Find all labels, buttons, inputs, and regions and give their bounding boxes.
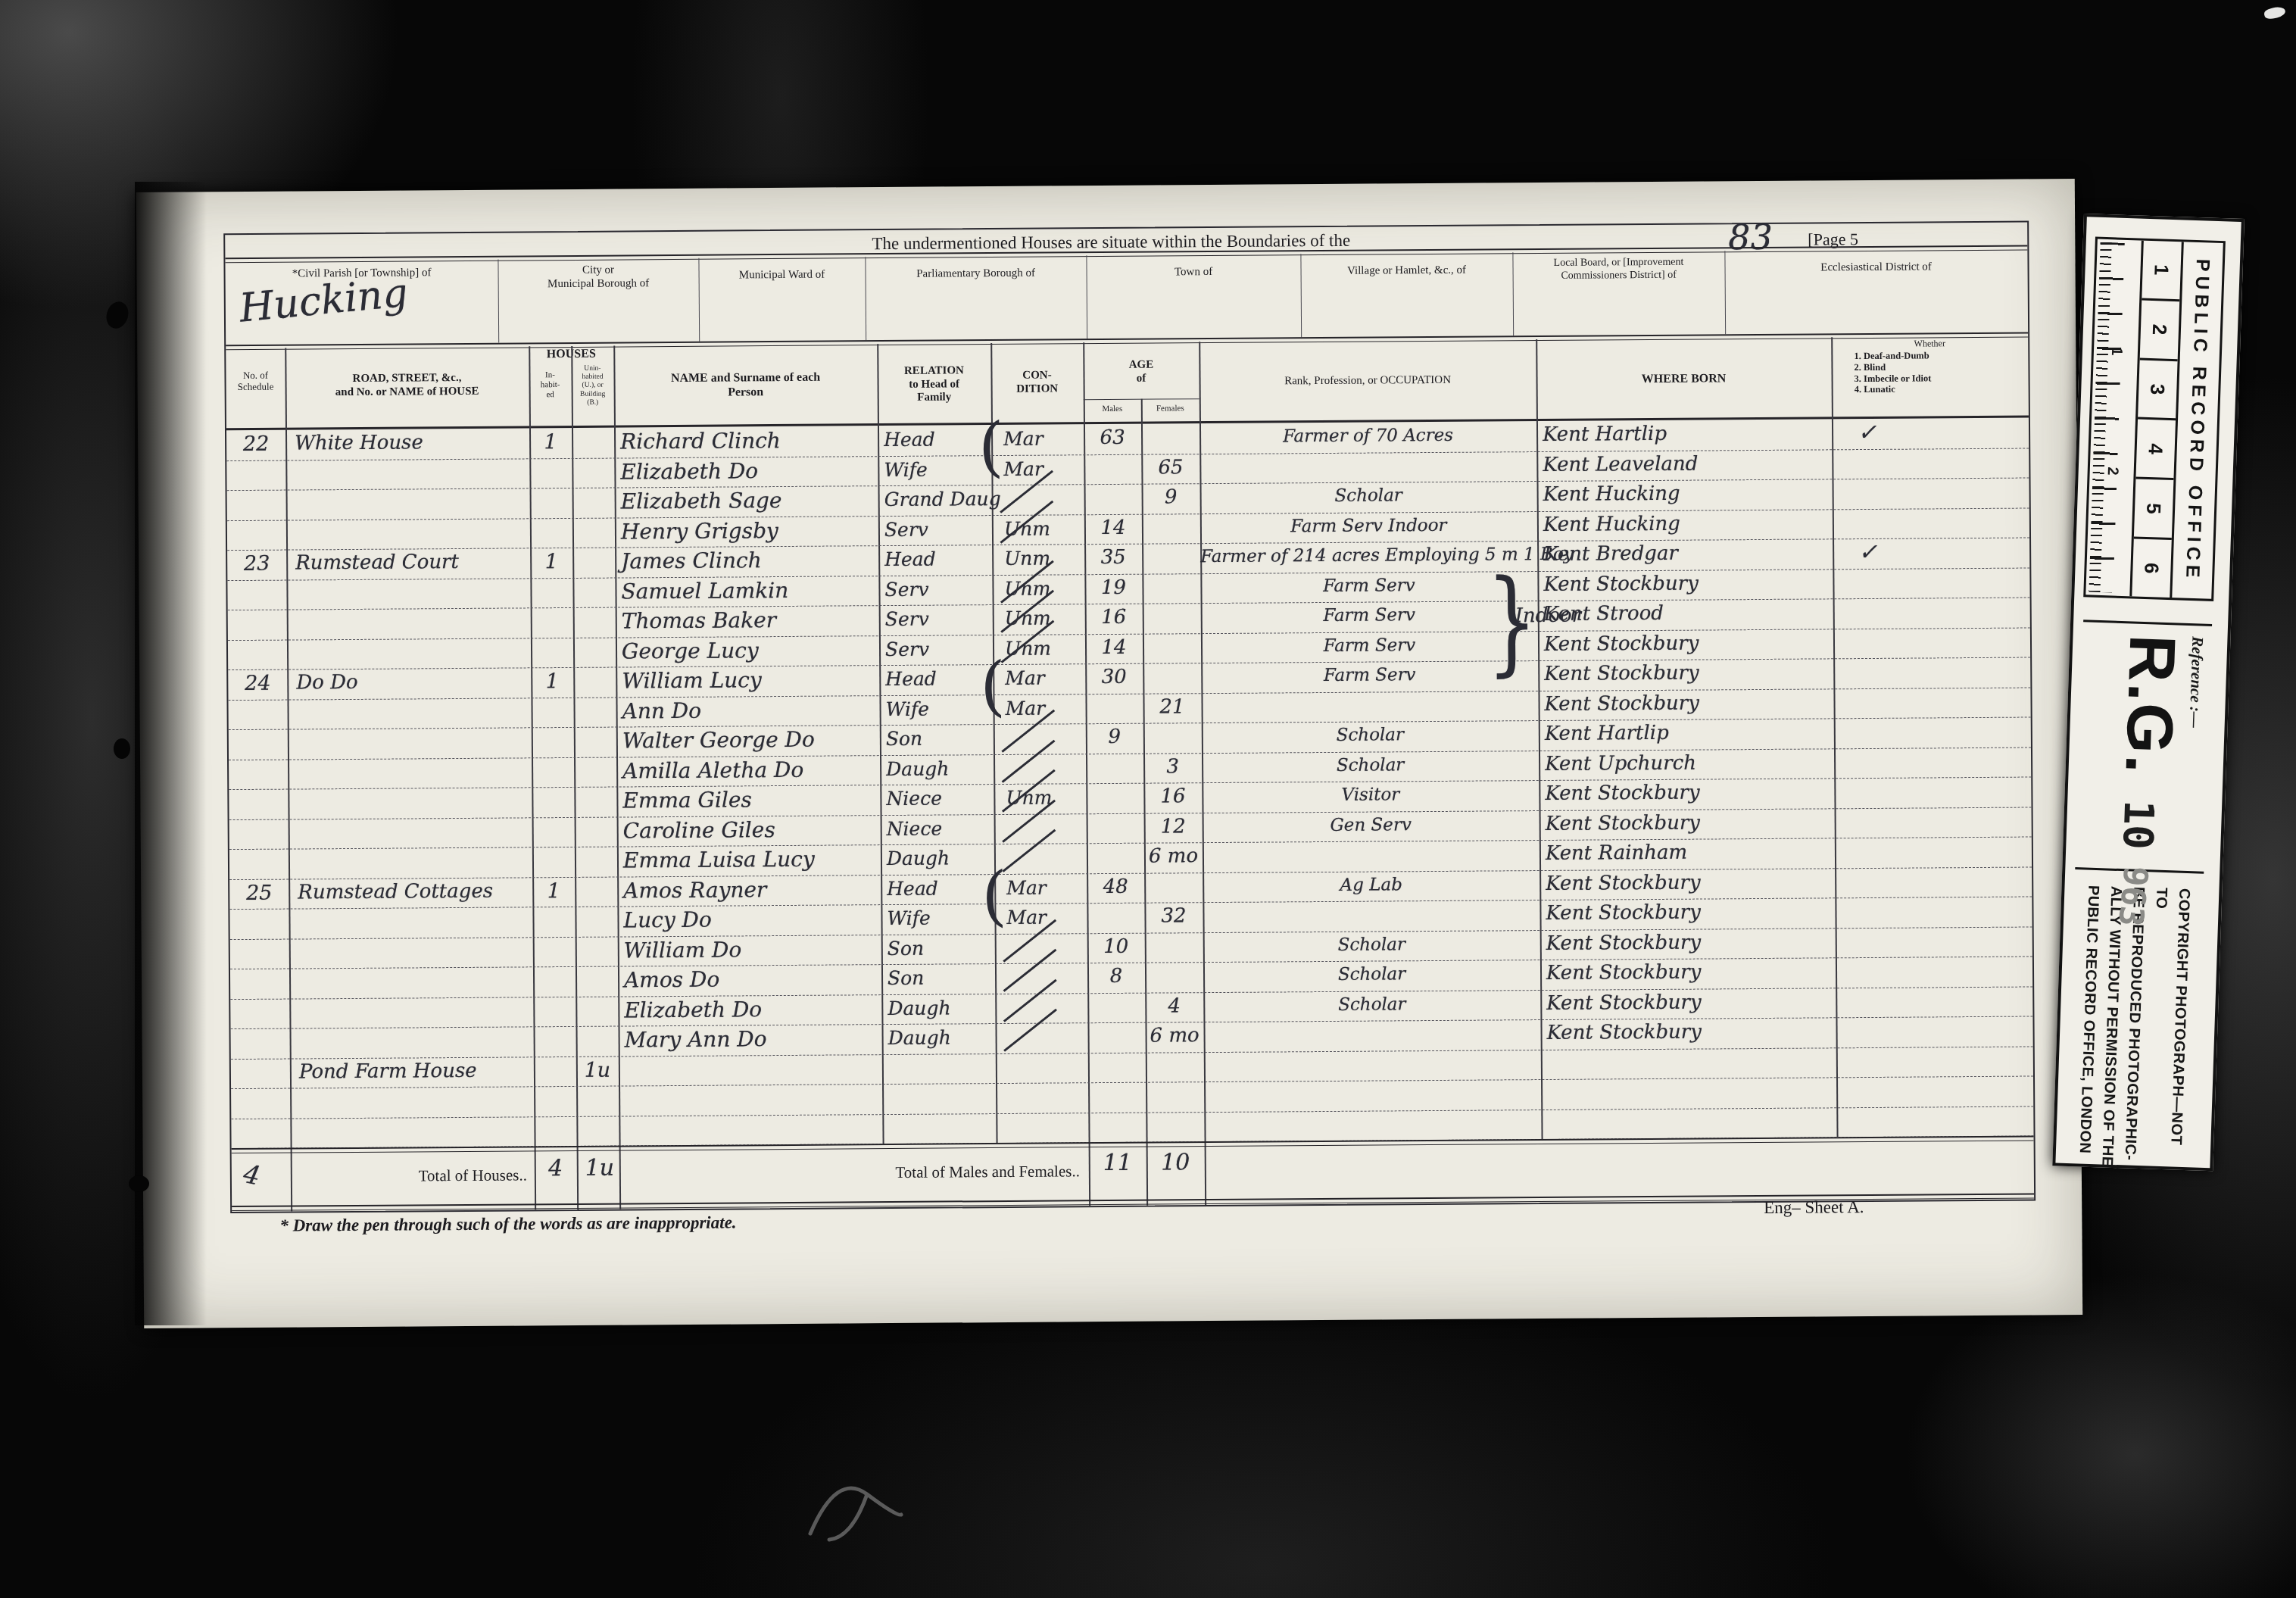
where-born: Kent Stockbury xyxy=(1546,868,1835,900)
houses-inhabited xyxy=(531,637,573,667)
occupation: Scholar xyxy=(1202,751,1539,783)
houses-inhabited xyxy=(532,757,574,787)
occupation: Scholar xyxy=(1203,960,1540,992)
houses-inhabited xyxy=(534,1056,576,1086)
occupation: Scholar xyxy=(1203,990,1540,1022)
infirmity-tick: ✓ xyxy=(1833,537,2055,569)
where-born: Kent Stockbury xyxy=(1543,569,1833,601)
age-female: 6 mo xyxy=(1145,1022,1203,1052)
house-name xyxy=(295,488,530,520)
person-name: Caroline Giles xyxy=(623,815,881,847)
col-age: AGE of xyxy=(1083,358,1199,385)
age-female xyxy=(1144,872,1203,903)
houses-inhabited: 1 xyxy=(529,428,572,458)
total-females: 10 xyxy=(1146,1149,1205,1176)
houses-inhabited xyxy=(531,697,573,727)
relation-to-head: Serv xyxy=(885,604,993,635)
houses-inhabited xyxy=(533,936,576,966)
where-born: Kent Stockbury xyxy=(1546,808,1835,840)
total-houses-label: Total of Houses.. xyxy=(300,1166,527,1186)
house-name xyxy=(299,1026,534,1058)
house-name xyxy=(297,787,532,819)
relation-to-head: Head xyxy=(884,425,991,455)
houses-inhabited xyxy=(530,488,572,518)
age-female: 65 xyxy=(1141,454,1199,484)
relation-to-head: Serv xyxy=(884,515,992,545)
schedule-number xyxy=(227,579,286,610)
houses-uninhabited xyxy=(575,876,617,907)
person-name: Amos Do xyxy=(624,964,881,996)
houses-uninhabited xyxy=(572,577,615,607)
infirmity-tick xyxy=(1836,1046,2059,1078)
relation-to-head: Serv xyxy=(885,635,993,665)
age-male: 30 xyxy=(1085,663,1143,694)
person-name xyxy=(625,1114,882,1146)
enumeration-table: The undermentioned Houses are situate wi… xyxy=(223,221,2036,1214)
houses-uninhabited xyxy=(573,667,616,698)
col-condition: CON- DITION xyxy=(990,369,1083,396)
house-name: Do Do xyxy=(296,667,531,699)
houses-inhabited xyxy=(534,1116,576,1146)
schedule-number xyxy=(229,909,289,939)
person-name: Elizabeth Do xyxy=(624,994,881,1026)
marital-condition xyxy=(1008,1113,1088,1143)
age-female: 9 xyxy=(1142,483,1200,513)
sheet-label: Eng– Sheet A. xyxy=(1764,1196,1961,1218)
occupation xyxy=(1204,1079,1541,1112)
houses-uninhabited xyxy=(575,847,617,877)
person-name: James Clinch xyxy=(621,545,878,577)
age-male xyxy=(1088,1052,1146,1082)
houses-uninhabited xyxy=(572,488,615,518)
age-female xyxy=(1145,932,1203,963)
house-name xyxy=(296,638,531,669)
occupation: Gen Serv xyxy=(1203,810,1540,843)
houses-uninhabited xyxy=(576,1026,618,1056)
schedule-number xyxy=(231,1058,290,1088)
col-schedule: No. of Schedule xyxy=(226,370,285,393)
relation-to-head: Niece xyxy=(886,784,994,814)
person-name: Elizabeth Sage xyxy=(621,485,878,517)
infirmity-tick xyxy=(1833,657,2056,688)
house-name xyxy=(295,578,530,610)
age-female xyxy=(1143,663,1201,693)
houses-uninhabited xyxy=(575,816,617,847)
houses-uninhabited xyxy=(576,1116,619,1146)
infirmity-tick xyxy=(1836,926,2058,958)
marital-condition: Unm xyxy=(1004,544,1084,574)
person-name: Amilla Aletha Do xyxy=(622,755,880,787)
person-name xyxy=(625,1054,882,1086)
where-born: Kent Stockbury xyxy=(1546,928,1836,960)
infirmity-tick xyxy=(1833,567,2055,599)
house-name xyxy=(296,607,531,639)
relation-to-head: Son xyxy=(886,724,994,754)
infirmity-tick xyxy=(1836,1016,2058,1047)
infirmity-tick xyxy=(1835,807,2057,838)
infirmity-tick xyxy=(1832,448,2054,479)
houses-uninhabited xyxy=(575,907,617,937)
infirmity-tick xyxy=(1833,507,2055,539)
person-name: Richard Clinch xyxy=(620,426,878,457)
where-born: Kent Leaveland xyxy=(1543,449,1832,481)
age-female xyxy=(1146,1081,1204,1112)
scale-number: 3 xyxy=(2138,360,2178,420)
scale-number: 1 xyxy=(2142,241,2182,301)
age-female: 4 xyxy=(1145,992,1203,1022)
where-born xyxy=(1547,1047,1836,1079)
where-born: Kent Hucking xyxy=(1543,509,1833,541)
houses-inhabited xyxy=(531,607,573,638)
relation-to-head: Wife xyxy=(884,455,991,485)
age-male: 8 xyxy=(1087,963,1145,993)
tick-marks xyxy=(2089,242,2124,593)
total-houses-inhabited: 4 xyxy=(535,1155,577,1181)
census-page: The undermentioned Houses are situate wi… xyxy=(136,179,2082,1328)
occupation xyxy=(1204,1110,1541,1142)
schedule-tally: 4 xyxy=(241,1159,263,1192)
houses-uninhabited xyxy=(572,457,614,488)
person-name: William Do xyxy=(624,935,881,966)
schedule-number xyxy=(229,849,289,879)
photo-gutter-shadow xyxy=(135,182,207,1325)
cm-label: 2 xyxy=(2104,467,2121,476)
occupation: Ag Lab xyxy=(1203,870,1540,903)
age-female: 32 xyxy=(1144,902,1203,932)
age-male: 9 xyxy=(1086,723,1143,754)
col-females: Females xyxy=(1141,404,1199,414)
col-name: NAME and Surname of each Person xyxy=(613,370,877,401)
occupation xyxy=(1203,840,1540,872)
cm-label: 1 xyxy=(2107,347,2125,356)
age-male: 19 xyxy=(1084,573,1142,604)
census-photograph: { "form": { "title": "The undermentioned… xyxy=(0,0,2296,1598)
schedule-number xyxy=(231,1088,290,1119)
city-borough-label: City or Municipal Borough of xyxy=(498,264,698,292)
house-name xyxy=(296,698,531,729)
houses-inhabited xyxy=(532,907,575,937)
marital-condition: Mar xyxy=(1006,873,1087,904)
where-born: Kent Stockbury xyxy=(1546,897,1835,929)
houses-uninhabited xyxy=(576,1086,619,1116)
person-name: Walter George Do xyxy=(622,725,880,757)
houses-uninhabited xyxy=(572,548,615,578)
person-name: William Lucy xyxy=(622,665,879,697)
person-name: Mary Ann Do xyxy=(624,1024,881,1056)
person-name: Samuel Lamkin xyxy=(621,576,878,607)
houses-uninhabited xyxy=(574,727,616,757)
age-female: 12 xyxy=(1144,813,1203,843)
age-female xyxy=(1143,723,1202,753)
house-name xyxy=(298,937,533,969)
age-female xyxy=(1142,573,1200,604)
pro-reference-strip: PUBLIC RECORD OFFICE 1 2 3 4 5 6 1 2 Ref… xyxy=(2052,214,2245,1171)
schedule-number xyxy=(228,610,287,640)
houses-uninhabited xyxy=(573,637,616,667)
where-born: Kent Rainham xyxy=(1546,838,1835,869)
infirmity-tick xyxy=(1832,477,2054,509)
houses-uninhabited xyxy=(572,517,615,548)
col-males: Males xyxy=(1084,404,1141,414)
houses-inhabited xyxy=(532,787,574,817)
marital-condition xyxy=(1008,1053,1088,1083)
person-name: Lucy Do xyxy=(623,904,881,936)
houses-inhabited: 1 xyxy=(531,667,573,698)
houses-uninhabited xyxy=(576,996,618,1026)
col-uninhabited: Unin- habited (U.), or Building (B.) xyxy=(571,365,613,407)
pro-ruler-card: PUBLIC RECORD OFFICE 1 2 3 4 5 6 1 2 xyxy=(2083,237,2226,601)
schedule-number: 23 xyxy=(227,550,286,580)
age-male xyxy=(1086,783,1143,813)
ecclesiastical-district-label: Ecclesiastical District of xyxy=(1724,261,2027,276)
schedule-number: 25 xyxy=(229,879,289,909)
scale-number: 4 xyxy=(2135,420,2176,480)
houses-uninhabited xyxy=(574,787,616,817)
where-born: Kent Stockbury xyxy=(1544,688,1833,720)
where-born: Kent Hartlip xyxy=(1543,419,1832,451)
house-name xyxy=(297,757,532,789)
age-female: 6 mo xyxy=(1144,842,1203,872)
occupation: Farmer of 70 Acres xyxy=(1199,421,1536,454)
col-where-born: WHERE BORN xyxy=(1536,371,1832,388)
where-born: Kent Hucking xyxy=(1543,479,1833,510)
house-name xyxy=(299,1116,534,1148)
where-born xyxy=(1547,1107,1836,1139)
footnote: * Draw the pen through such of the words… xyxy=(279,1210,961,1235)
relation-to-head: Head xyxy=(884,545,992,575)
houses-uninhabited xyxy=(576,966,618,997)
houses-inhabited xyxy=(530,577,572,607)
relation-to-head: Daugh xyxy=(888,1023,995,1053)
person-name: Thomas Baker xyxy=(622,605,879,637)
occupation xyxy=(1199,451,1536,484)
col-infirmity-title: Whether xyxy=(1831,338,2028,350)
schedule-number xyxy=(228,699,287,729)
total-males: 11 xyxy=(1089,1150,1146,1177)
age-male xyxy=(1087,992,1145,1022)
occupation xyxy=(1204,1050,1541,1082)
where-born xyxy=(1547,1077,1836,1109)
age-male xyxy=(1087,1022,1145,1053)
houses-inhabited xyxy=(529,457,572,488)
occupation: Visitor xyxy=(1202,780,1539,813)
table-rows: 22 White House 1 Richard Clinch Head Mar… xyxy=(226,418,2034,1149)
schedule-number xyxy=(231,1118,290,1148)
age-female: 21 xyxy=(1143,693,1201,723)
age-male: 63 xyxy=(1084,424,1141,454)
col-infirmity-list: 1. Deaf-and-Dumb 2. Blind 3. Imbecile or… xyxy=(1854,350,2028,396)
marital-condition: Mar xyxy=(1003,454,1084,485)
relation-to-head xyxy=(888,1113,996,1144)
age-male: 14 xyxy=(1084,513,1142,544)
occupation xyxy=(1203,900,1540,932)
relation-to-head: Son xyxy=(888,934,995,964)
where-born: Kent Bredgar xyxy=(1543,538,1833,570)
schedule-number xyxy=(229,759,288,789)
age-female: 3 xyxy=(1143,753,1202,783)
houses-uninhabited xyxy=(576,936,618,966)
house-name xyxy=(295,518,530,550)
schedule-number: 24 xyxy=(228,669,287,700)
marital-condition: Mar xyxy=(1003,424,1084,454)
relation-to-head: Head xyxy=(887,874,994,904)
town-label: Town of xyxy=(1087,265,1301,280)
schedule-number xyxy=(229,789,288,819)
person-name: Elizabeth Do xyxy=(620,456,878,488)
strip-rotated-content: PUBLIC RECORD OFFICE 1 2 3 4 5 6 1 2 Ref… xyxy=(2056,217,2235,1162)
infirmity-tick xyxy=(1836,1106,2059,1138)
age-male xyxy=(1086,753,1143,783)
age-male xyxy=(1087,903,1144,933)
age-female xyxy=(1142,543,1200,573)
age-female xyxy=(1142,513,1200,544)
scale-number: 6 xyxy=(2132,539,2171,598)
schedule-number xyxy=(227,520,286,550)
schedule-number xyxy=(230,998,289,1028)
col-road: ROAD, STREET, &c., and No. or NAME of HO… xyxy=(288,371,526,400)
relation-to-head xyxy=(888,1083,996,1113)
houses-inhabited xyxy=(533,996,576,1026)
marital-condition: Mar xyxy=(1005,694,1085,724)
infirmity-tick xyxy=(1833,627,2056,659)
total-males-females-label: Total of Males and Females.. xyxy=(686,1162,1080,1183)
indoor-annotation: Indoor xyxy=(1515,604,1582,628)
houses-inhabited xyxy=(533,1026,576,1056)
house-name: Rumstead Court xyxy=(295,548,530,579)
relation-to-head: Daugh xyxy=(886,754,994,785)
scale-number: 2 xyxy=(2140,300,2180,360)
stray-pen-mark xyxy=(799,1465,912,1556)
age-male: 35 xyxy=(1084,544,1142,574)
schedule-number xyxy=(229,819,289,849)
house-name: White House xyxy=(295,428,529,460)
age-female xyxy=(1145,962,1203,992)
infirmity-tick xyxy=(1835,866,2057,898)
house-name: Pond Farm House xyxy=(299,1056,534,1088)
person-name: Henry Grigsby xyxy=(621,516,878,548)
marital-condition xyxy=(1008,1082,1088,1113)
houses-inhabited xyxy=(532,847,575,877)
reference-series: 10 xyxy=(2114,800,2163,850)
rule xyxy=(226,332,2028,351)
marital-condition: Mar xyxy=(1005,663,1085,694)
occupation xyxy=(1203,1019,1540,1052)
col-inhabited: In- habit- ed xyxy=(529,370,571,400)
reference-piece-stamp: 963 xyxy=(2110,864,2155,928)
houses-inhabited: 1 xyxy=(530,548,572,578)
occupation xyxy=(1201,691,1538,723)
relation-to-head: Wife xyxy=(885,694,993,725)
person-name: Amos Rayner xyxy=(623,875,881,907)
infirmity-tick xyxy=(1835,836,2057,868)
schedule-number xyxy=(231,1028,290,1059)
occupation: Scholar xyxy=(1200,481,1537,513)
where-born: Kent Stockbury xyxy=(1546,988,1836,1019)
where-born: Kent Upchurch xyxy=(1545,748,1834,780)
parliamentary-borough-label: Parliamentary Borough of xyxy=(866,267,1087,282)
relation-to-head: Serv xyxy=(884,575,992,605)
houses-inhabited xyxy=(532,816,575,847)
house-name xyxy=(295,458,529,490)
where-born: Kent Stockbury xyxy=(1544,658,1833,690)
infirmity-tick xyxy=(1833,687,2056,719)
person-name xyxy=(625,1084,882,1116)
relation-to-head: Daugh xyxy=(887,844,994,874)
relation-to-head: Niece xyxy=(887,814,994,844)
infirmity-tick xyxy=(1835,896,2057,928)
infirmity-tick xyxy=(1834,716,2057,748)
col-occupation: Rank, Profession, or OCCUPATION xyxy=(1199,373,1536,389)
where-born: Kent Stockbury xyxy=(1546,1017,1836,1049)
age-male xyxy=(1084,454,1141,484)
occupation: Scholar xyxy=(1203,930,1540,963)
schedule-number xyxy=(230,969,289,999)
schedule-number xyxy=(227,490,286,520)
where-born: Kent Stockbury xyxy=(1546,957,1836,989)
relation-to-head: Grand Daug xyxy=(884,485,992,515)
houses-uninhabited: 1u xyxy=(576,1056,619,1086)
local-board-label: Local Board, or [Improvement Commissione… xyxy=(1512,256,1724,282)
col-relation: RELATION to Head of Family xyxy=(877,364,990,405)
total-houses-uninhabited: 1u xyxy=(577,1155,622,1181)
houses-inhabited xyxy=(534,1086,576,1116)
house-name xyxy=(297,727,532,759)
schedule-number xyxy=(230,938,289,969)
person-name: Ann Do xyxy=(622,695,879,727)
age-female xyxy=(1141,423,1199,454)
house-name xyxy=(298,997,533,1028)
house-name xyxy=(299,1086,534,1118)
age-male: 48 xyxy=(1087,872,1144,903)
municipal-ward-label: Municipal Ward of xyxy=(699,268,866,282)
person-name: Emma Luisa Lucy xyxy=(623,844,881,876)
relation-to-head: Wife xyxy=(887,904,994,934)
age-female xyxy=(1146,1052,1204,1082)
house-name xyxy=(298,907,532,938)
houses-uninhabited xyxy=(574,757,616,787)
infirmity-tick: ✓ xyxy=(1832,417,2054,449)
relation-to-head: Son xyxy=(888,963,995,994)
age-male: 16 xyxy=(1085,604,1143,634)
person-name: George Lucy xyxy=(622,635,879,667)
schedule-number: 22 xyxy=(226,430,285,460)
houses-inhabited xyxy=(532,727,574,757)
house-name xyxy=(298,817,532,849)
schedule-number xyxy=(226,460,285,490)
relation-to-head xyxy=(888,1053,996,1084)
where-born: Kent Stockbury xyxy=(1544,629,1833,660)
schedule-number xyxy=(229,729,288,760)
occupation: Scholar xyxy=(1202,720,1539,753)
where-born: Kent Strood xyxy=(1544,598,1833,630)
houses-inhabited: 1 xyxy=(532,876,575,907)
reference-code: R.G. xyxy=(2116,634,2185,776)
age-male xyxy=(1087,813,1144,843)
person-name: Emma Giles xyxy=(622,785,880,816)
marital-condition: Mar xyxy=(1006,903,1087,933)
house-name xyxy=(298,966,533,998)
relation-to-head: Daugh xyxy=(888,994,995,1024)
age-male xyxy=(1088,1112,1146,1142)
age-female xyxy=(1143,603,1201,633)
village-hamlet-label: Village or Hamlet, &c., of xyxy=(1301,264,1513,279)
age-female: 16 xyxy=(1143,782,1202,813)
infirmity-tick xyxy=(1836,956,2058,988)
ink-blot xyxy=(129,1175,149,1192)
house-name xyxy=(298,847,532,879)
infirmity-tick xyxy=(1836,1075,2059,1107)
houses-inhabited xyxy=(530,517,572,548)
